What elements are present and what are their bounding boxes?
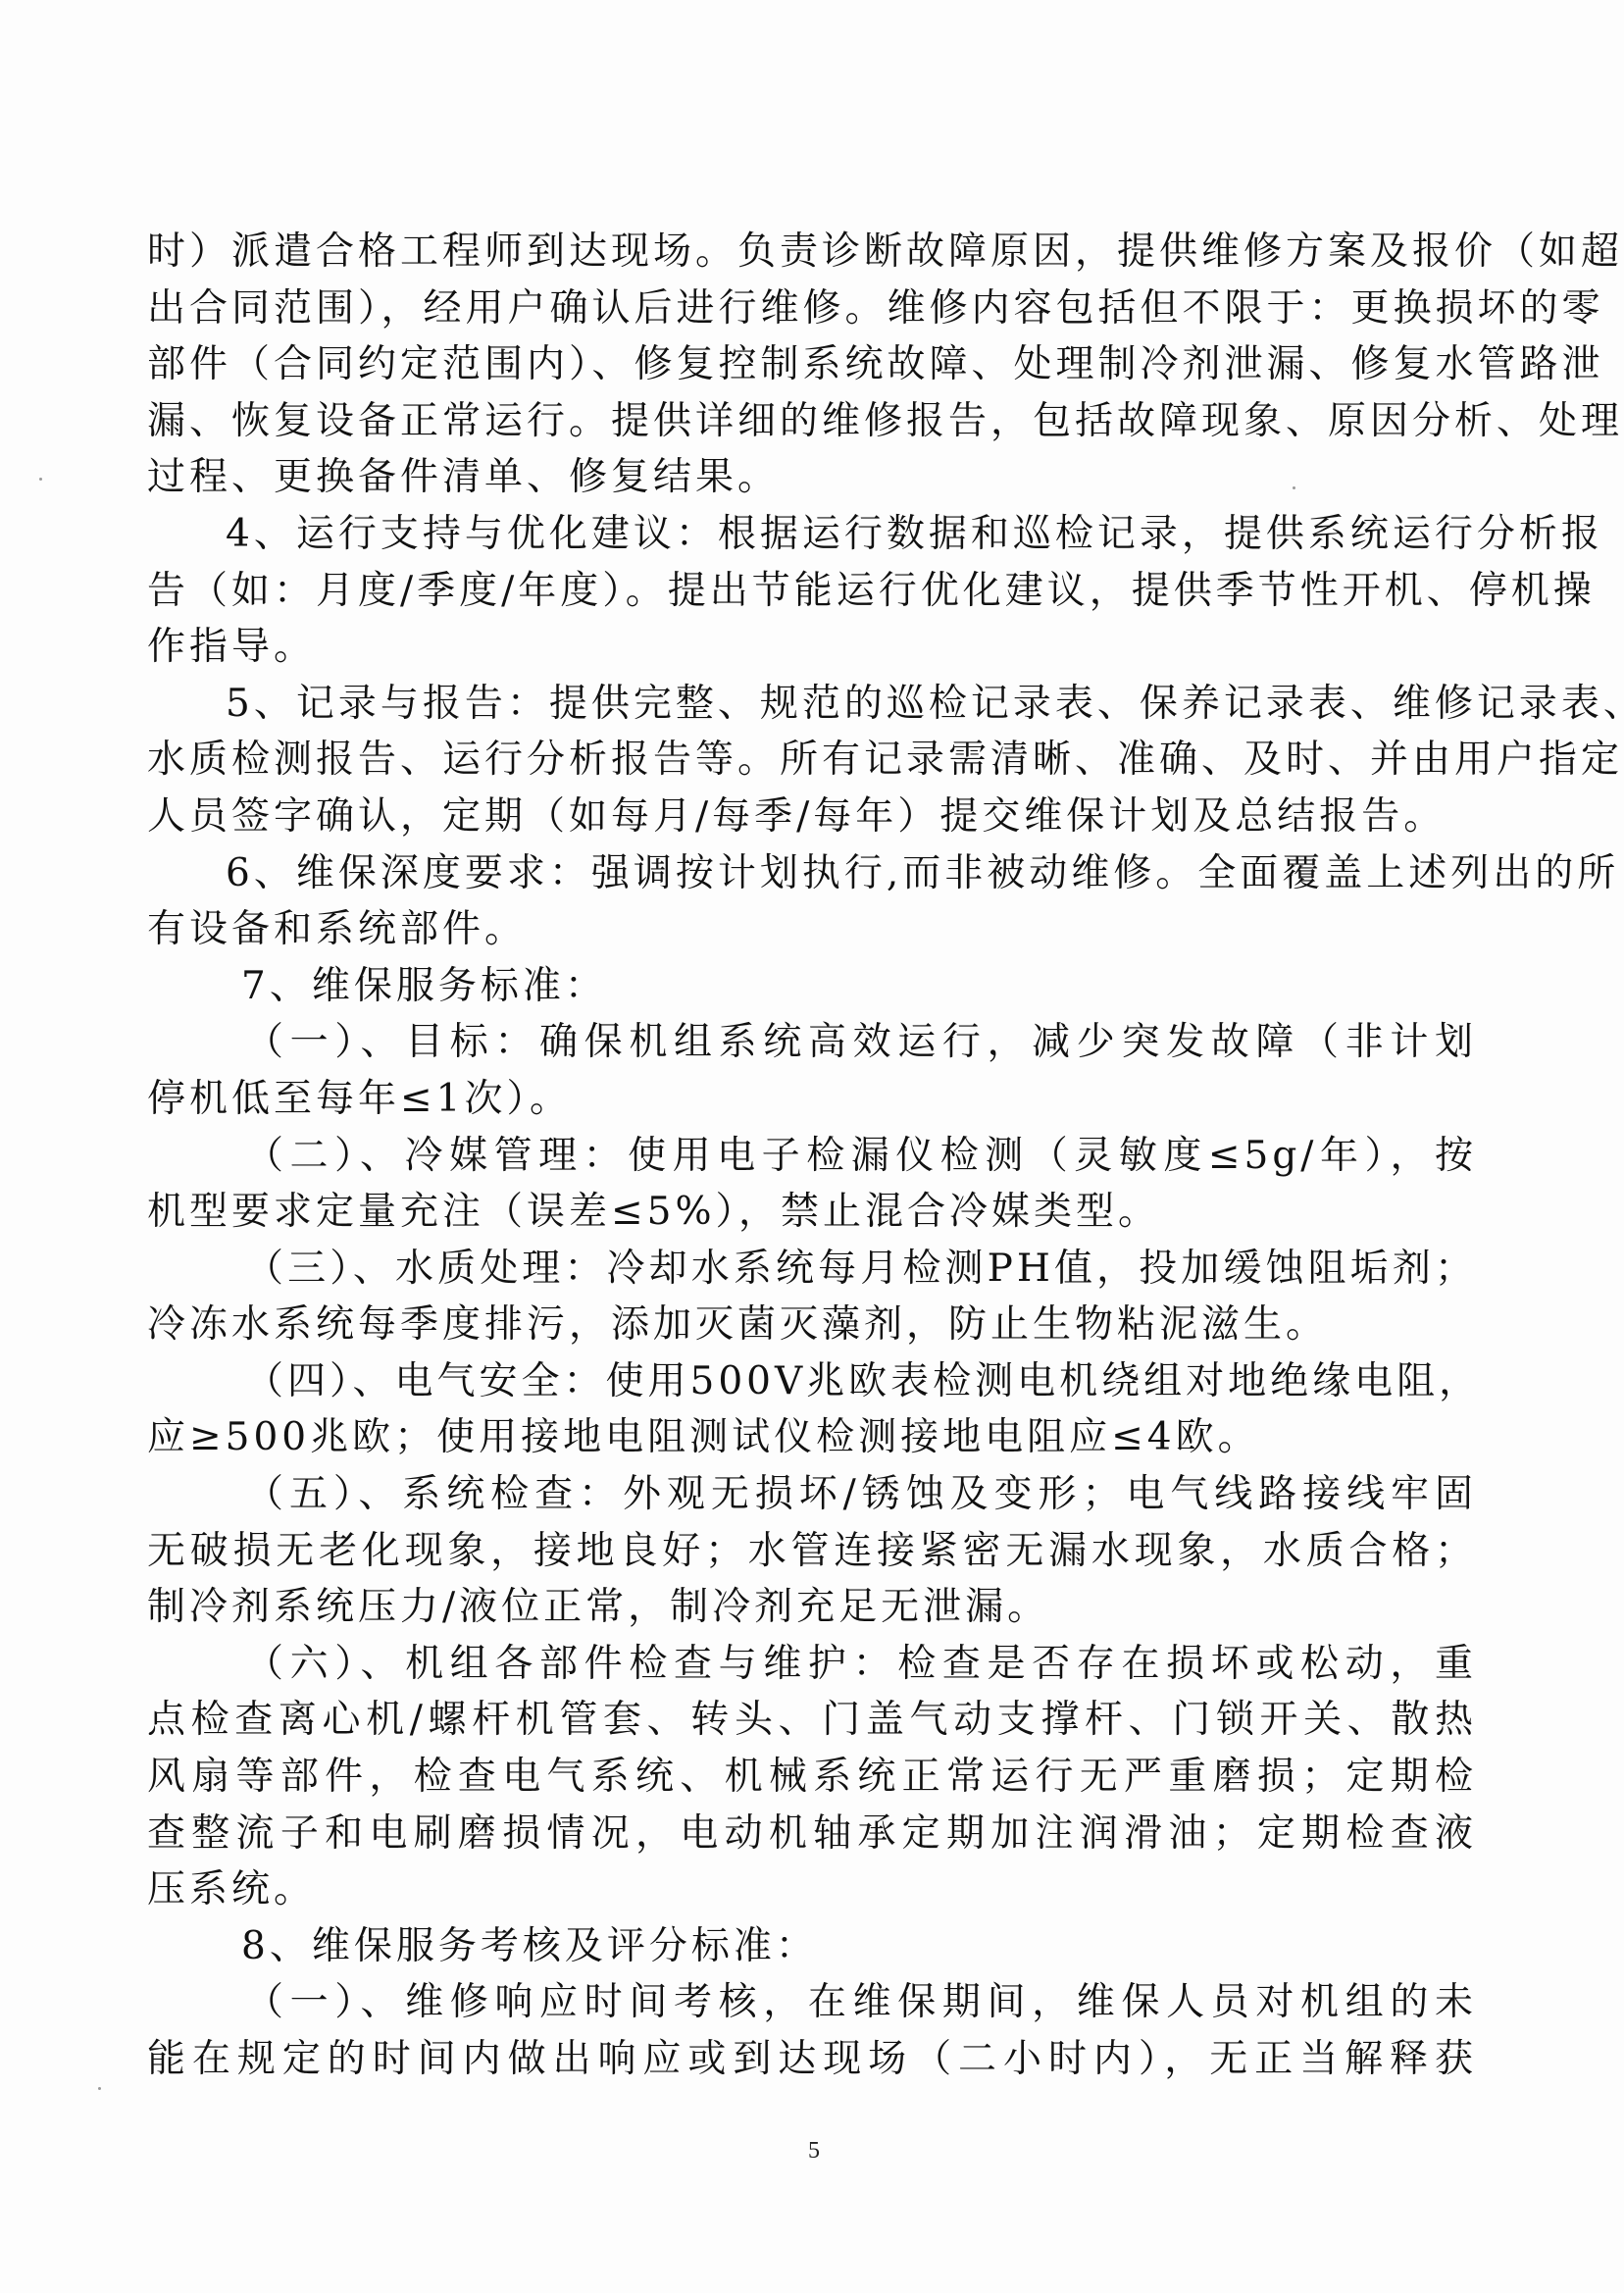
text-line: 机型要求定量充注（误差≤5%），禁止混合冷媒类型。 [147,1184,1477,1241]
text-line: 过程、更换备件清单、修复结果。 [147,449,1477,506]
text-line: 制冷剂系统压力/液位正常，制冷剂充足无泄漏。 [147,1579,1477,1636]
page-number: 5 [808,2138,820,2165]
text-line: 7、维保服务标准： [147,958,1477,1015]
text-line: 应≥500兆欧；使用接地电阻测试仪检测接地电阻应≤4欧。 [147,1409,1477,1466]
text-line: 停机低至每年≤1次）。 [147,1071,1477,1128]
text-line: 冷冻水系统每季度排污，添加灭菌灭藻剂，防止生物粘泥滋生。 [147,1297,1477,1353]
text-line: 作指导。 [147,619,1477,676]
text-line: 能在规定的时间内做出响应或到达现场（二小时内），无正当解释获 [147,2031,1477,2088]
text-line: （五）、系统检查：外观无损坏/锈蚀及变形；电气线路接线牢固 [147,1466,1477,1523]
text-line: 漏、恢复设备正常运行。提供详细的维修报告，包括故障现象、原因分析、处理 [147,393,1477,450]
text-line: 无破损无老化现象，接地良好；水管连接紧密无漏水现象，水质合格； [147,1523,1477,1580]
text-line: （四）、电气安全：使用500V兆欧表检测电机绕组对地绝缘电阻， [147,1353,1477,1410]
text-line: 4、运行支持与优化建议：根据运行数据和巡检记录，提供系统运行分析报 [147,506,1477,563]
text-line: 点检查离心机/螺杆机管套、转头、门盖气动支撑杆、门锁开关、散热 [147,1692,1477,1749]
text-line: （二）、冷媒管理：使用电子检漏仪检测（灵敏度≤5g/年），按 [147,1128,1477,1185]
text-line: 人员签字确认，定期（如每月/每季/每年）提交维保计划及总结报告。 [147,789,1477,845]
text-line: （三）、水质处理：冷却水系统每月检测PH值，投加缓蚀阻垢剂； [147,1241,1477,1298]
text-line: 8、维保服务考核及评分标准： [147,1918,1477,1975]
text-line: 压系统。 [147,1861,1477,1918]
text-line: 风扇等部件，检查电气系统、机械系统正常运行无严重磨损；定期检 [147,1749,1477,1806]
text-line: 水质检测报告、运行分析报告等。所有记录需清晰、准确、及时、并由用户指定 [147,732,1477,789]
text-line: 查整流子和电刷磨损情况，电动机轴承定期加注润滑油；定期检查液 [147,1806,1477,1862]
text-line: 5、记录与报告：提供完整、规范的巡检记录表、保养记录表、维修记录表、 [147,676,1477,733]
scan-speck [39,478,42,481]
text-line: （六）、机组各部件检查与维护：检查是否存在损坏或松动，重 [147,1636,1477,1693]
text-line: 有设备和系统部件。 [147,901,1477,958]
text-line: （一）、目标：确保机组系统高效运行，减少突发故障（非计划 [147,1014,1477,1071]
text-line: 出合同范围），经用户确认后进行维修。维修内容包括但不限于：更换损坏的零 [147,280,1477,337]
text-line: 部件（合同约定范围内）、修复控制系统故障、处理制冷剂泄漏、修复水管路泄 [147,336,1477,393]
text-line: 6、维保深度要求：强调按计划执行,而非被动维修。全面覆盖上述列出的所 [147,845,1477,902]
scan-speck [1293,486,1295,489]
text-line: 告（如：月度/季度/年度）。提出节能运行优化建议，提供季节性开机、停机操 [147,563,1477,620]
scan-speck [98,2087,101,2090]
document-body: 时）派遣合格工程师到达现场。负责诊断故障原因，提供维修方案及报价（如超出合同范围… [147,224,1477,2088]
text-line: 时）派遣合格工程师到达现场。负责诊断故障原因，提供维修方案及报价（如超 [147,224,1477,280]
text-line: （一）、维修响应时间考核，在维保期间，维保人员对机组的未 [147,1974,1477,2031]
document-page: 时）派遣合格工程师到达现场。负责诊断故障原因，提供维修方案及报价（如超出合同范围… [0,0,1624,2293]
